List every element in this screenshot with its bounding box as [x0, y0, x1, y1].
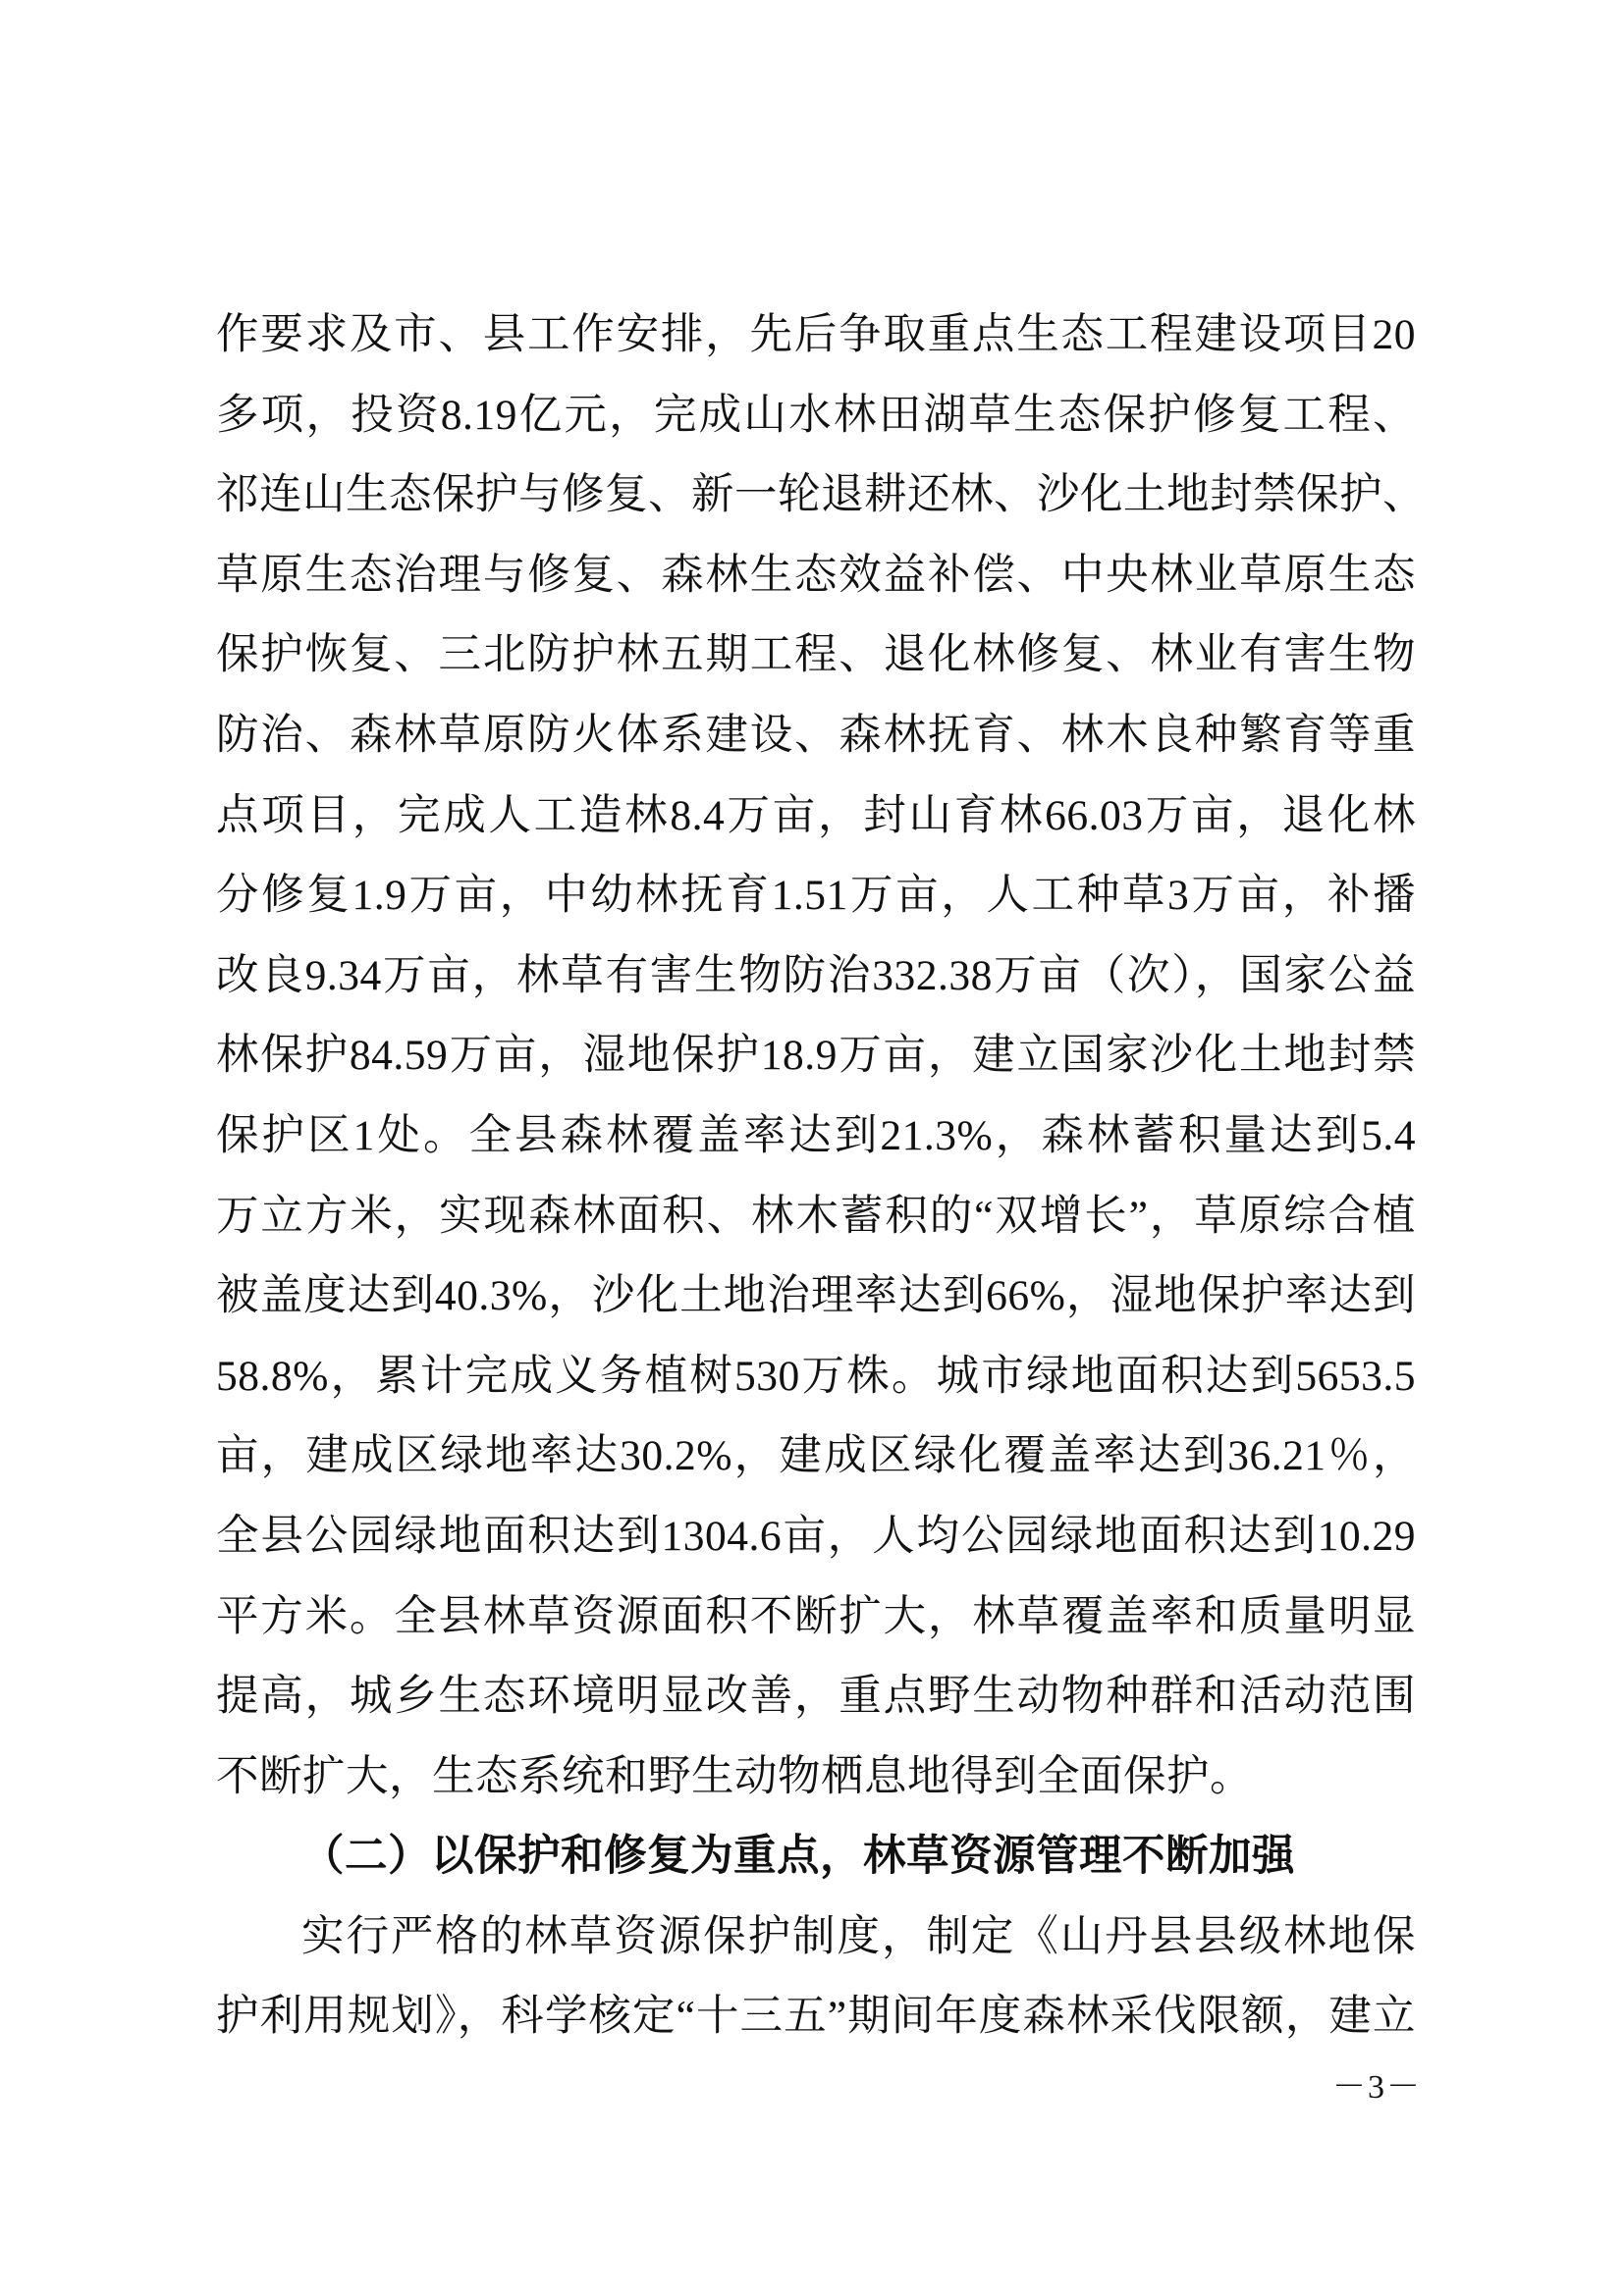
paragraph-line: 防治、森林草原防火体系建设、森林抚育、林木良种繁育等重 — [216, 696, 1416, 776]
paragraph-line: 多项，投资8.19亿元，完成山水林田湖草生态保护修复工程、 — [216, 376, 1416, 456]
paragraph-line: 林保护84.59万亩，湿地保护18.9万亩，建立国家沙化土地封禁 — [216, 1016, 1416, 1096]
paragraph-line: 护利用规划》，科学核定“十三五”期间年度森林采伐限额，建立 — [216, 1977, 1416, 2057]
paragraph-line: 全县公园绿地面积达到1304.6亩，人均公园绿地面积达到10.29 — [216, 1497, 1416, 1577]
paragraph-line: 不断扩大，生态系统和野生动物栖息地得到全面保护。 — [216, 1737, 1416, 1818]
paragraph-line: 万立方米，实现森林面积、林木蓄积的“双增长”，草原综合植 — [216, 1177, 1416, 1257]
paragraph-line: 点项目，完成人工造林8.4万亩，封山育林66.03万亩，退化林 — [216, 776, 1416, 857]
paragraph-line: 祁连山生态保护与修复、新一轮退耕还林、沙化土地封禁保护、 — [216, 455, 1416, 536]
paragraph-line: 提高，城乡生态环境明显改善，重点野生动物种群和活动范围 — [216, 1657, 1416, 1737]
paragraph-line: 作要求及市、县工作安排，先后争取重点生态工程建设项目20 — [216, 295, 1416, 376]
paragraph-line: 平方米。全县林草资源面积不断扩大，林草覆盖率和质量明显 — [216, 1577, 1416, 1658]
paragraph-line: 草原生态治理与修复、森林生态效益补偿、中央林业草原生态 — [216, 536, 1416, 616]
document-page: 作要求及市、县工作安排，先后争取重点生态工程建设项目20 多项，投资8.19亿元… — [0, 0, 1624, 2296]
paragraph-line: 实行严格的林草资源保护制度，制定《山丹县县级林地保 — [216, 1897, 1416, 1978]
paragraph-line: 改良9.34万亩，林草有害生物防治332.38万亩（次），国家公益 — [216, 936, 1416, 1017]
paragraph-line: 58.8%，累计完成义务植树530万株。城市绿地面积达到5653.5 — [216, 1337, 1416, 1417]
paragraph-line: 分修复1.9万亩，中幼林抚育1.51万亩，人工种草3万亩，补播 — [216, 856, 1416, 936]
document-body: 作要求及市、县工作安排，先后争取重点生态工程建设项目20 多项，投资8.19亿元… — [216, 295, 1416, 2057]
paragraph-line: 被盖度达到40.3%，沙化土地治理率达到66%，湿地保护率达到 — [216, 1256, 1416, 1337]
section-heading: （二）以保护和修复为重点，林草资源管理不断加强 — [216, 1817, 1416, 1897]
paragraph-line: 亩，建成区绿地率达30.2%，建成区绿化覆盖率达到36.21％， — [216, 1416, 1416, 1497]
page-number: －3－ — [1332, 2064, 1422, 2111]
paragraph-line: 保护区1处。全县森林覆盖率达到21.3%，森林蓄积量达到5.4 — [216, 1096, 1416, 1177]
paragraph-line: 保护恢复、三北防护林五期工程、退化林修复、林业有害生物 — [216, 615, 1416, 696]
